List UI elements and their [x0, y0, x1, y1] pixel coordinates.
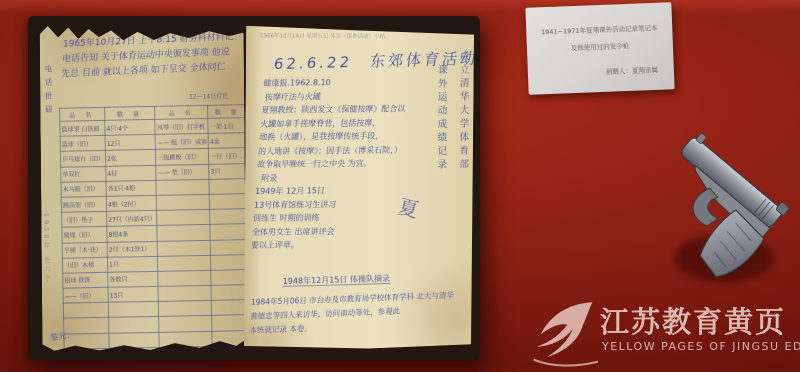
table-cell	[109, 317, 160, 333]
exhibit-label-card: 1941~1971年夏翔课外活动记录笔记本 及他使用过的发令枪 捐赠人：夏翔亲属	[525, 2, 674, 95]
table-cell	[63, 303, 108, 319]
table-cell: 三级跳板（旧）	[156, 149, 209, 165]
watermark-chinese-text: 江苏教育黄页	[600, 300, 786, 341]
table-cell: —— 组（旧）成套	[156, 134, 209, 150]
table-cell	[157, 209, 210, 225]
table-cell: 4只·4个	[105, 119, 156, 135]
table-cell	[64, 333, 109, 349]
table-cell	[211, 269, 246, 285]
table-cell: 木马箱（旧）	[61, 181, 106, 197]
left-page-handwriting: 1965年10月27日 上午8:15 财务科材料记电话告知 关于体育运动中央颁发…	[61, 30, 240, 83]
table-cell: 2付（木1铁1）	[107, 241, 158, 257]
table-header-cell: 数 量	[208, 105, 247, 119]
table-cell: 铅球 铁饼	[63, 272, 108, 288]
table-cell: 平梯（木·铁）	[62, 242, 107, 258]
notebook: 1965年10月27日 上午8:15 财务科材料记电话告知 关于体育运动中央颁发…	[28, 16, 480, 360]
table-cell: 乒乓球台（旧）	[60, 151, 105, 167]
swallow-logo-icon	[528, 298, 598, 368]
watermark-english-text: YELLOW PAGES OF JINGSU EDUCATIONG	[602, 340, 800, 353]
table-cell: 13只	[108, 286, 159, 302]
table-cell	[210, 194, 247, 210]
table-header-cell: 品 名	[155, 105, 208, 119]
starter-pistol	[650, 130, 800, 302]
table-cell	[159, 316, 212, 332]
notebook-left-page: 1965年10月27日 上午8:15 财务科材料记电话告知 关于体育运动中央颁发…	[40, 21, 247, 351]
table-cell	[159, 331, 212, 347]
table-cell: 4根（2付）	[106, 195, 157, 211]
table-cell	[212, 300, 247, 316]
table-cell	[108, 302, 159, 318]
signature-flourish: 夏	[396, 190, 423, 223]
table-header-cell: 品 名	[60, 107, 105, 121]
table-cell	[64, 318, 109, 334]
table-cell	[158, 240, 211, 256]
table-cell	[210, 209, 247, 225]
table-cell	[209, 178, 246, 194]
handwritten-line: 1984年5月06日 市台办及市教育局学校体育学科 北大与清华	[251, 288, 470, 310]
handwritten-line: 训练生 时期的训练	[252, 210, 433, 225]
table-cell	[158, 270, 211, 286]
table-cell	[212, 315, 246, 331]
table-cell	[211, 254, 247, 270]
table-cell: 一付（旧）…	[209, 148, 247, 164]
handwritten-line: 火罐如拿手搓摩脊背，包括按摩，	[260, 115, 441, 130]
table-cell: 单双杠	[61, 166, 106, 182]
exhibit-photo: 1965年10月27日 上午8:15 财务科材料记电话告知 关于体育运动中央颁发…	[0, 0, 800, 372]
handwritten-line: 健康报.1962.8.10	[263, 75, 444, 90]
inventory-table: 品 名数 量品 名数 量篮球架 白铁圈4只·4个风琴（旧）打字机一架·1台篮球（…	[59, 104, 246, 349]
table-cell	[158, 285, 211, 301]
left-page-date-note: 12—14日付讫	[189, 91, 228, 100]
handwritten-line: 1949年 12月 15日	[255, 183, 436, 198]
right-page-bottom-handwriting: 1984年5月06日 市台办及市教育局学校体育学科 北大与清华黄德忠等四人来访华…	[249, 288, 469, 338]
table-cell	[158, 255, 211, 271]
handwritten-line: 附录	[256, 169, 437, 184]
table-cell: 12只	[105, 135, 156, 151]
right-margin-vertical-note-inner: 课外运动成绩记录	[432, 65, 448, 285]
label-donor-line: 捐赠人：夏翔亲属	[528, 64, 674, 79]
table-cell: 8根4条	[107, 226, 158, 242]
notebook-right-page: 1966年10月14日 星期五记 体育（课外活动）小结. 62.6.22 东郊体…	[244, 23, 474, 351]
left-margin-note-mid: 1958年 先六个	[42, 213, 52, 285]
table-cell: 篮球（旧）	[60, 136, 105, 152]
handwritten-line: 1965年10月27日 上午8:15 财务科材料记	[62, 30, 239, 53]
table-cell: 4付	[106, 165, 157, 181]
handwritten-line: 按摩疗法与火罐	[262, 88, 443, 103]
table-cell: ——（旧）	[63, 287, 108, 303]
watermark: 江苏教育黄页 YELLOW PAGES OF JINGSU EDUCATIONG	[528, 296, 798, 370]
right-page-faint-line: 1966年10月14日 星期五记 体育（课外活动）小结.	[260, 31, 387, 40]
table-cell: 27只（内新4只）	[107, 210, 158, 226]
table-cell: 跳高架（旧）	[61, 196, 106, 212]
table-cell	[212, 330, 246, 346]
table-cell	[157, 225, 210, 241]
right-page-underlined-line: 1948年12月15日 体操队摘录	[262, 264, 390, 297]
table-cell	[211, 285, 246, 301]
table-cell	[210, 224, 246, 240]
handwritten-line: 本练就记录 本卷。	[249, 316, 468, 338]
table-cell: —— 垫（旧）	[156, 164, 209, 180]
table-cell: 各数只	[108, 271, 159, 287]
table-cell	[211, 239, 247, 255]
right-margin-vertical-note-outer: 成立清华大学体育部	[454, 51, 470, 281]
handwritten-line: 的人地讲《按摩》；因手法（博采石院，）	[258, 142, 439, 157]
label-subtitle-line: 及他使用过的发令枪	[527, 39, 673, 54]
table-cell: 风琴（旧）打字机	[155, 118, 208, 134]
table-row	[64, 330, 247, 349]
table-cell: （旧）木梯	[62, 257, 107, 273]
handwritten-line: 要以上评章。	[250, 237, 431, 252]
table-cell: 3只	[209, 163, 246, 179]
table-cell	[157, 194, 210, 210]
table-cell: 各1只·4根	[106, 180, 157, 196]
table-cell	[156, 179, 209, 195]
handwritten-line: 电话告知 关于体育运动中央颁发事项 他说	[61, 45, 238, 68]
table-cell: 2张	[105, 150, 156, 166]
table-cell	[159, 301, 212, 317]
table-cell: 1只	[107, 256, 158, 272]
table-cell: 篮球架 白铁圈	[60, 120, 105, 136]
handwritten-line: 夏翔教授：陕西发文《保健按摩》配合以	[261, 102, 442, 117]
handwritten-line: 13号体育馆练习生讲习	[254, 197, 435, 212]
handwritten-line: 先总 目前 就以上各项 如下呈交 全体同仁	[61, 60, 238, 83]
label-title-line: 1941~1971年夏翔课外活动记录笔记本	[526, 22, 672, 37]
handwritten-line: 故争取早晚统一行之中央 为宜。	[257, 156, 438, 171]
handwritten-line: 全体男女生 出席讲评会	[251, 224, 432, 239]
handwritten-line: 地换（火罐），是我按摩传统手段，	[259, 129, 440, 144]
table-cell: （旧）垫子	[62, 211, 107, 227]
handwritten-line: 黄德忠等四人来访华，访问南动等处，参观此	[250, 302, 469, 324]
table-cell: 4套	[208, 133, 246, 149]
table-cell	[109, 332, 160, 348]
right-page-handwriting: 健康报.1962.8.10 按摩疗法与火罐夏翔教授：陕西发文《保健按摩》配合以火…	[250, 75, 444, 253]
table-header-cell: 数 量	[105, 106, 156, 120]
table-cell: 爬绳（旧）	[62, 227, 107, 243]
right-page-heading: 62.6.22 东郊体育活动记	[273, 47, 474, 74]
table-cell: 一架·1台	[208, 118, 246, 134]
left-margin-note-top: 电话批研	[43, 65, 54, 119]
